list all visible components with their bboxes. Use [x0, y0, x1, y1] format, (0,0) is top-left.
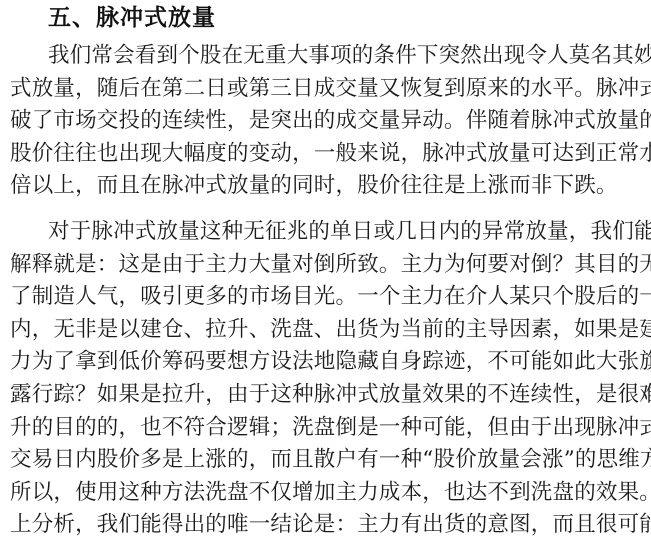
text-line: 倍以上，而且在脉冲式放量的同时，股价往往是上涨而非下跌。	[10, 170, 640, 203]
text-line: 露行踪？如果是拉升，由于这种脉冲式放量效果的不连续性，是很难达到拉	[10, 379, 640, 412]
paragraph-1: 我们常会看到个股在无重大事项的条件下突然出现令人莫名其妙的脉冲 式放量，随后在第…	[10, 40, 640, 203]
text-line: 升的目的的，也不符合逻辑；洗盘倒是一种可能，但由于出现脉冲式放量的	[10, 412, 640, 445]
text-line: 了制造人气，吸引更多的市场目光。一个主力在介人某只个股后的一段时间	[10, 281, 640, 314]
document-page: 五、脉冲式放量 我们常会看到个股在无重大事项的条件下突然出现令人莫名其妙的脉冲 …	[0, 0, 651, 546]
section-title: 五、脉冲式放量	[48, 3, 216, 33]
text-line: 上分析，我们能得出的唯一结论是：主力有出货的意图，而且很可能此股最	[10, 509, 640, 542]
text-line: 式放量，随后在第二日或第三日成交量又恢复到原来的水平。脉冲式放量打	[10, 73, 640, 106]
text-line: 内，无非是以建仓、拉升、洗盘、出货为当前的主导因素，如果是建仓，主	[10, 314, 640, 347]
text-line: 交易日内股价多是上涨的，而且散户有一种“股价放量会涨”的思维方式，	[10, 444, 640, 477]
text-line: 力为了拿到低价筹码要想方设法地隐藏自身踪迹，不可能如此大张旗鼓地暴	[10, 346, 640, 379]
paragraph-2: 对于脉冲式放量这种无征兆的单日或几日内的异常放量，我们能作出的 解释就是：这是由…	[10, 216, 640, 542]
text-line: 股价往往也出现大幅度的变动，一般来说，脉冲式放量可达到正常水平的 4	[10, 138, 640, 171]
text-line: 解释就是：这是由于主力大量对倒所致。主力为何要对倒？其目的无非是为	[10, 249, 640, 282]
text-line: 破了市场交投的连续性，是突出的成交量异动。伴随着脉冲式放量的同时，	[10, 105, 640, 138]
text-line: 对于脉冲式放量这种无征兆的单日或几日内的异常放量，我们能作出的	[10, 216, 640, 249]
text-line: 所以，使用这种方法洗盘不仅增加主力成本，也达不到洗盘的效果。通过以	[10, 477, 640, 510]
text-line: 我们常会看到个股在无重大事项的条件下突然出现令人莫名其妙的脉冲	[10, 40, 640, 73]
